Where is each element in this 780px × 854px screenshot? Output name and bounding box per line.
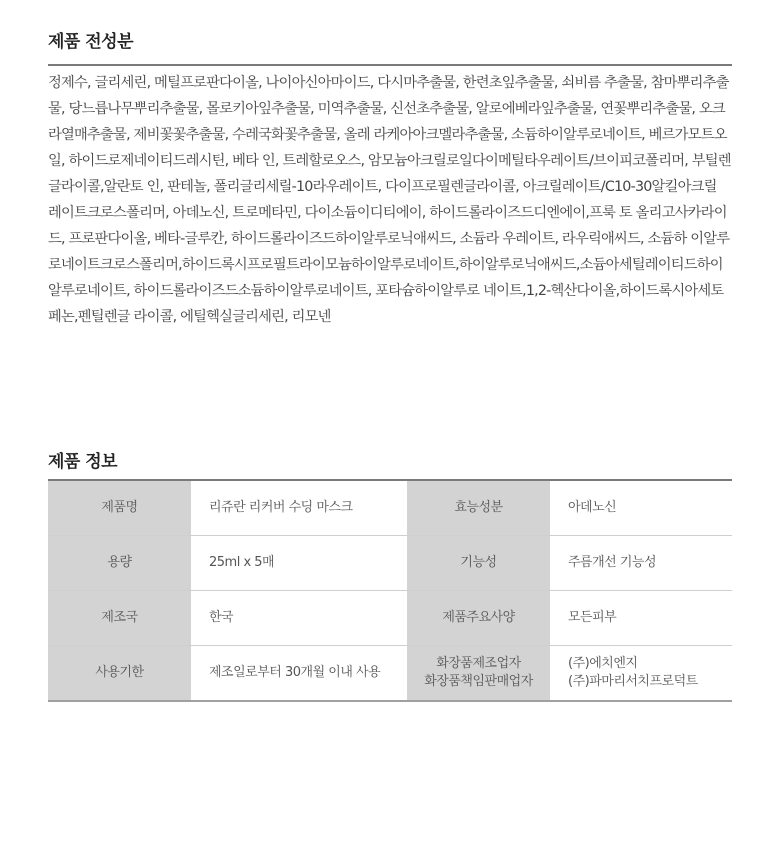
ingredients-section: 제품 전성분 정제수, 글리세린, 메틸프로판다이올, 나이아신아마이드, 다시…: [48, 30, 732, 344]
label-product-name: 제품명: [48, 480, 191, 536]
label-main-spec: 제품주요사양: [407, 591, 550, 646]
value-responsible-seller: (주)파마리서치프로덕트: [568, 673, 732, 691]
table-row: 제조국 한국 제품주요사양 모든피부: [48, 591, 732, 646]
ingredients-title: 제품 전성분: [48, 30, 732, 54]
value-main-spec: 모든피부: [550, 591, 732, 646]
ingredients-divider: [48, 64, 732, 66]
label-manufacturer-seller: 화장품제조업자 화장품책임판매업자: [407, 646, 550, 702]
value-manufacturer: (주)에치엔지: [568, 655, 732, 673]
label-country: 제조국: [48, 591, 191, 646]
table-row: 사용기한 제조일로부터 30개월 이내 사용 화장품제조업자 화장품책임판매업자…: [48, 646, 732, 702]
label-volume: 용량: [48, 536, 191, 591]
table-row: 용량 25ml x 5매 기능성 주름개선 기능성: [48, 536, 732, 591]
product-info-table: 제품명 리쥬란 리커버 수딩 마스크 효능성분 아데노신 용량 25ml x 5…: [48, 479, 732, 702]
product-info-section: 제품 정보 제품명 리쥬란 리커버 수딩 마스크 효능성분 아데노신 용량 25…: [48, 450, 732, 702]
value-country: 한국: [191, 591, 407, 646]
value-product-name: 리쥬란 리커버 수딩 마스크: [191, 480, 407, 536]
table-row: 제품명 리쥬란 리커버 수딩 마스크 효능성분 아데노신: [48, 480, 732, 536]
value-volume: 25ml x 5매: [191, 536, 407, 591]
ingredients-list-text: 정제수, 글리세린, 메틸프로판다이올, 나이아신아마이드, 다시마추출물, 한…: [48, 70, 732, 330]
label-manufacturer: 화장품제조업자: [407, 655, 550, 673]
value-active-ingredient: 아데노신: [550, 480, 732, 536]
label-active-ingredient: 효능성분: [407, 480, 550, 536]
label-expiry: 사용기한: [48, 646, 191, 702]
product-info-title: 제품 정보: [48, 450, 732, 474]
value-expiry: 제조일로부터 30개월 이내 사용: [191, 646, 407, 702]
label-functionality: 기능성: [407, 536, 550, 591]
label-responsible-seller: 화장품책임판매업자: [407, 673, 550, 691]
value-manufacturer-seller: (주)에치엔지 (주)파마리서치프로덕트: [550, 646, 732, 702]
value-functionality: 주름개선 기능성: [550, 536, 732, 591]
